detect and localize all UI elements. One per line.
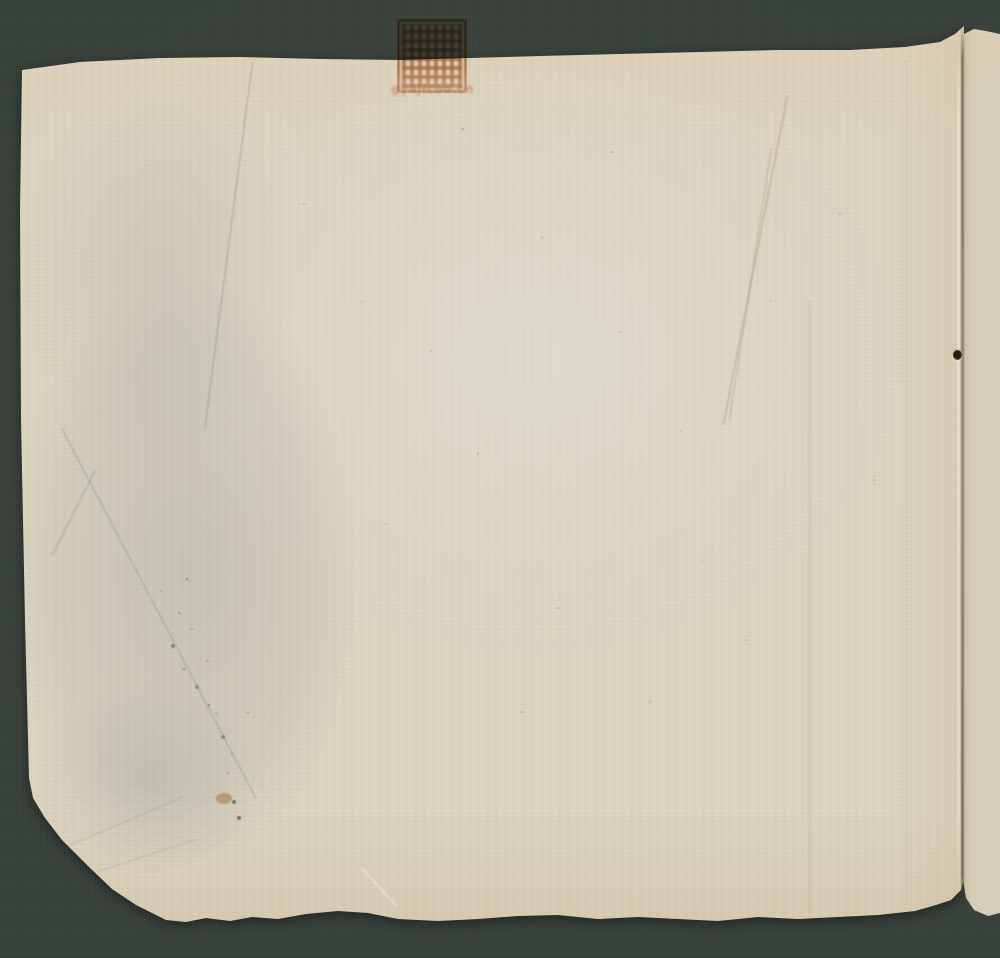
page-fold-line xyxy=(961,26,964,910)
paper-crease xyxy=(808,300,811,912)
page-fold-highlight xyxy=(957,40,960,900)
foxing-spot xyxy=(216,793,232,804)
binding-hole xyxy=(953,350,962,360)
book-page-verso xyxy=(0,0,970,945)
foxing-specks xyxy=(0,0,2,2)
paper-crease xyxy=(360,867,398,907)
adjacent-page-edge xyxy=(960,0,1000,958)
paper-crease xyxy=(68,796,184,847)
paper-crease xyxy=(50,469,97,557)
ink-bleed-speck-trail xyxy=(0,0,2,2)
paper-crease xyxy=(905,60,908,905)
paper-crease xyxy=(728,148,773,420)
photo-backdrop: gyajicoo.cn xyxy=(0,0,1000,958)
watermark-text: gyajicoo.cn xyxy=(391,82,501,96)
paper-crease xyxy=(93,838,198,874)
paper-crease xyxy=(203,62,254,430)
book-page-wrap xyxy=(0,0,1000,958)
seal-glyphs xyxy=(402,24,462,88)
